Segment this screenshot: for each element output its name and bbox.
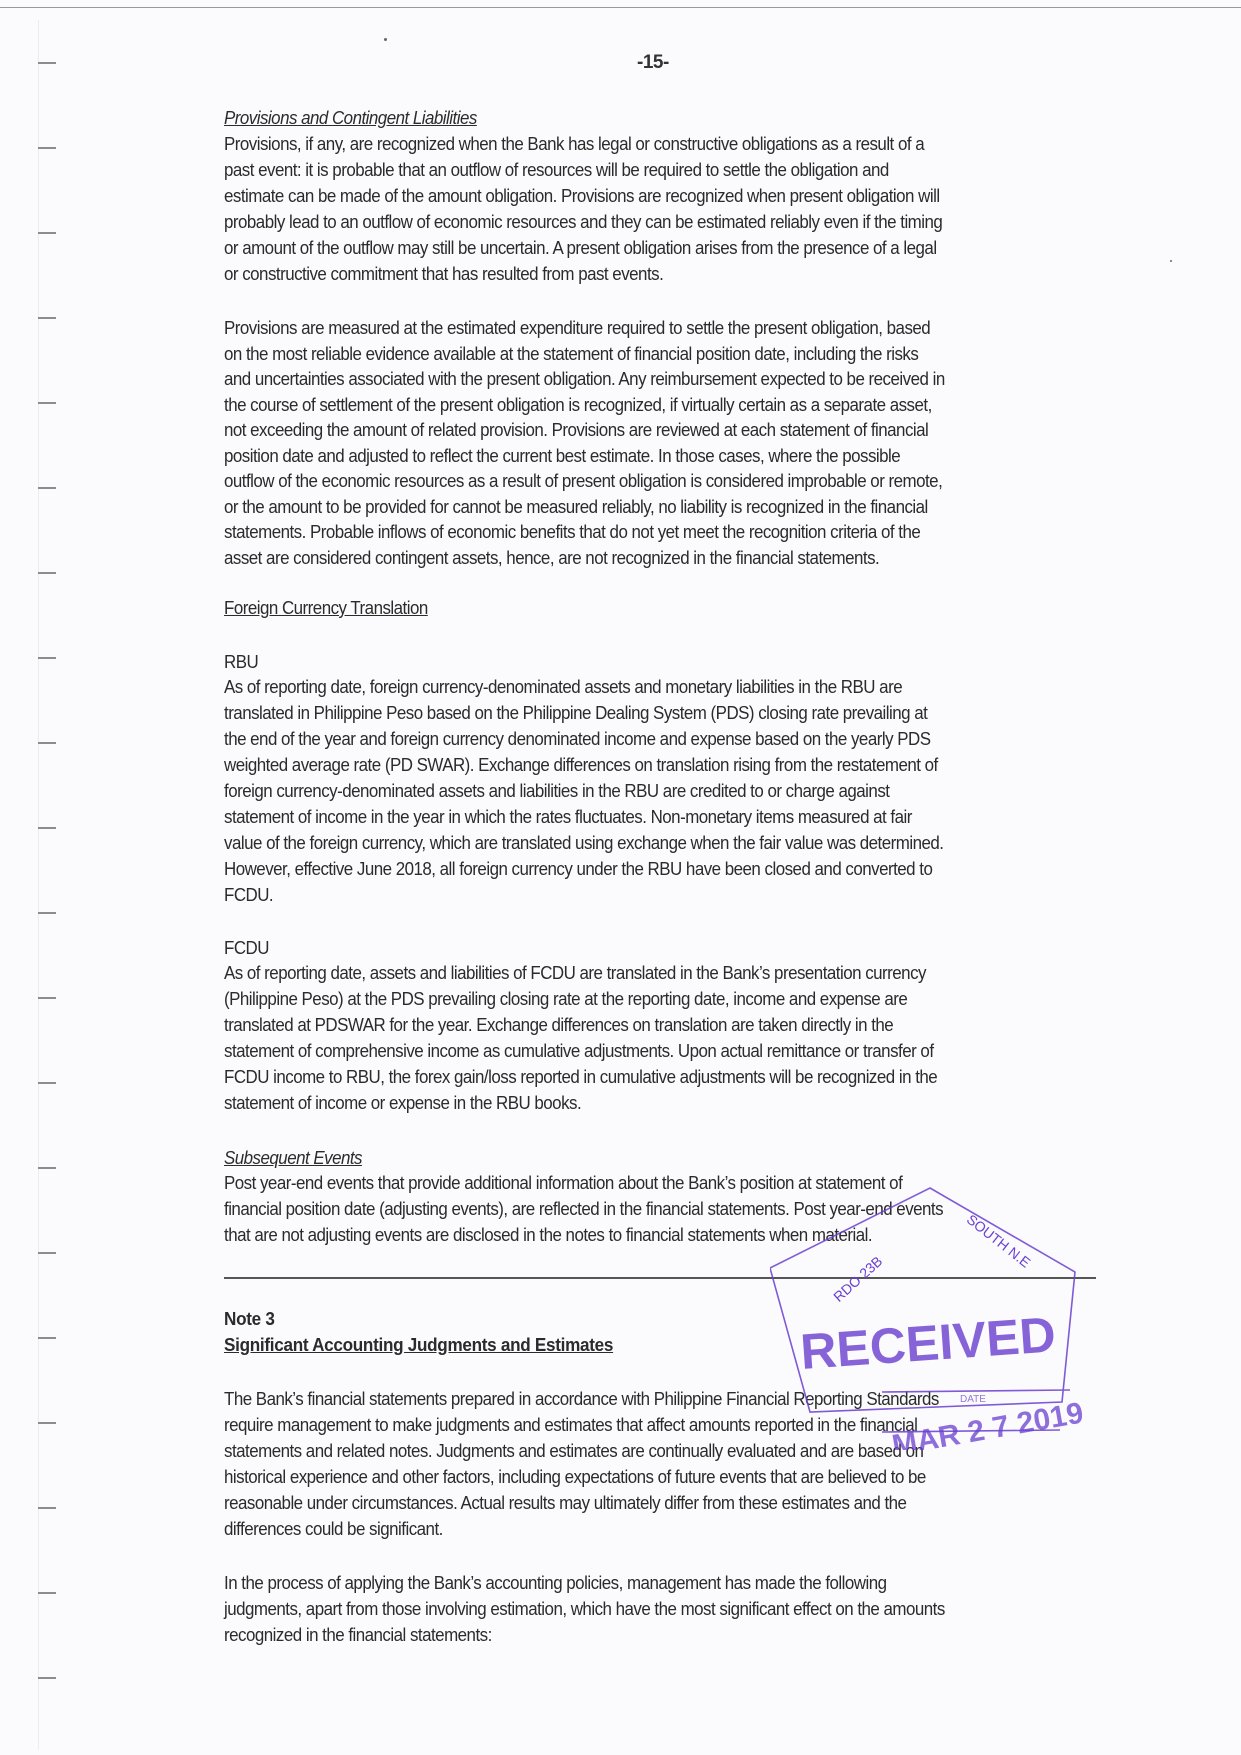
text-line: the end of the year and foreign currency…: [224, 729, 930, 749]
page-number: -15-: [637, 52, 669, 74]
text-line: the course of settlement of the present …: [224, 395, 932, 415]
binding-mark: [38, 62, 56, 64]
text-line: not exceeding the amount of related prov…: [224, 420, 928, 440]
text-line: FCDU.: [224, 885, 273, 905]
subheading-rbu: RBU: [224, 652, 258, 672]
text-line: or amount of the outflow may still be un…: [224, 238, 937, 258]
text-line: statement of income or expense in the RB…: [224, 1093, 581, 1113]
text-line: probably lead to an outflow of economic …: [224, 212, 942, 232]
binding-mark: [38, 232, 56, 234]
text-line: reasonable under circumstances. Actual r…: [224, 1493, 906, 1513]
text-line: recognized in the financial statements:: [224, 1625, 492, 1645]
text-line: statements. Probable inflows of economic…: [224, 522, 920, 542]
binding-mark: [38, 742, 56, 744]
received-stamp: RDO 23B SOUTH N.E RECEIVED DATE MAR 2 7 …: [770, 1180, 1100, 1450]
section-heading-subsequent-events: Subsequent Events: [224, 1148, 362, 1168]
binding-mark: [38, 402, 56, 404]
binding-mark: [38, 1507, 56, 1509]
scan-speck: [1170, 260, 1172, 262]
text-line: estimate can be made of the amount oblig…: [224, 186, 940, 206]
text-line: In the process of applying the Bank’s ac…: [224, 1573, 887, 1593]
binding-mark: [38, 912, 56, 914]
section-heading-provisions: Provisions and Contingent Liabilities: [224, 108, 477, 128]
binding-mark: [38, 1592, 56, 1594]
stamp-date-label: DATE: [960, 1394, 986, 1405]
text-line: value of the foreign currency, which are…: [224, 833, 943, 853]
text-line: As of reporting date, assets and liabili…: [224, 963, 926, 983]
text-line: judgments, apart from those involving es…: [224, 1599, 945, 1619]
binding-mark: [38, 1082, 56, 1084]
text-line: and uncertainties associated with the pr…: [224, 369, 945, 389]
text-line: outflow of the economic resources as a r…: [224, 471, 942, 491]
text-line: or constructive commitment that has resu…: [224, 264, 663, 284]
text-line: Provisions are measured at the estimated…: [224, 318, 930, 338]
text-line: historical experience and other factors,…: [224, 1467, 926, 1487]
stamp-received-text: RECEIVED: [799, 1306, 1058, 1380]
binding-mark: [38, 1337, 56, 1339]
text-line: asset are considered contingent assets, …: [224, 548, 879, 568]
note-title: Significant Accounting Judgments and Est…: [224, 1335, 613, 1355]
text-line: translated at PDSWAR for the year. Excha…: [224, 1015, 893, 1035]
binding-mark: [38, 147, 56, 149]
binding-margin-line: [38, 20, 39, 1750]
text-line: The Bank’s financial statements prepared…: [224, 1389, 939, 1409]
text-line: As of reporting date, foreign currency-d…: [224, 677, 902, 697]
stamp-district-text: SOUTH N.E: [964, 1211, 1034, 1271]
note-label: Note 3: [224, 1309, 275, 1329]
binding-mark: [38, 1422, 56, 1424]
text-line: translated in Philippine Peso based on t…: [224, 703, 927, 723]
binding-mark: [38, 487, 56, 489]
binding-mark: [38, 317, 56, 319]
binding-mark: [38, 1167, 56, 1169]
text-line: require management to make judgments and…: [224, 1415, 917, 1435]
text-line: financial position date (adjusting event…: [224, 1199, 943, 1219]
text-line: or the amount to be provided for cannot …: [224, 497, 928, 517]
text-line: that are not adjusting events are disclo…: [224, 1225, 872, 1245]
scan-speck: [384, 38, 387, 41]
text-line: statement of comprehensive income as cum…: [224, 1041, 934, 1061]
text-line: FCDU income to RBU, the forex gain/loss …: [224, 1067, 937, 1087]
text-line: (Philippine Peso) at the PDS prevailing …: [224, 989, 907, 1009]
text-line: foreign currency-denominated assets and …: [224, 781, 889, 801]
text-line: position date and adjusted to reflect th…: [224, 446, 900, 466]
scan-top-edge: [0, 7, 1241, 8]
binding-mark: [38, 1252, 56, 1254]
text-line: differences could be significant.: [224, 1519, 443, 1539]
text-line: However, effective June 2018, all foreig…: [224, 859, 932, 879]
binding-mark: [38, 1677, 56, 1679]
section-divider: [224, 1277, 1096, 1279]
binding-mark: [38, 657, 56, 659]
text-line: Post year-end events that provide additi…: [224, 1173, 902, 1193]
text-line: past event: it is probable that an outfl…: [224, 160, 889, 180]
text-line: statement of income in the year in which…: [224, 807, 912, 827]
text-line: weighted average rate (PD SWAR). Exchang…: [224, 755, 938, 775]
section-heading-foreign-currency: Foreign Currency Translation: [224, 598, 428, 618]
binding-mark: [38, 997, 56, 999]
text-line: Provisions, if any, are recognized when …: [224, 134, 924, 154]
text-line: on the most reliable evidence available …: [224, 344, 918, 364]
text-line: statements and related notes. Judgments …: [224, 1441, 923, 1461]
binding-mark: [38, 572, 56, 574]
subheading-fcdu: FCDU: [224, 938, 269, 958]
binding-mark: [38, 827, 56, 829]
